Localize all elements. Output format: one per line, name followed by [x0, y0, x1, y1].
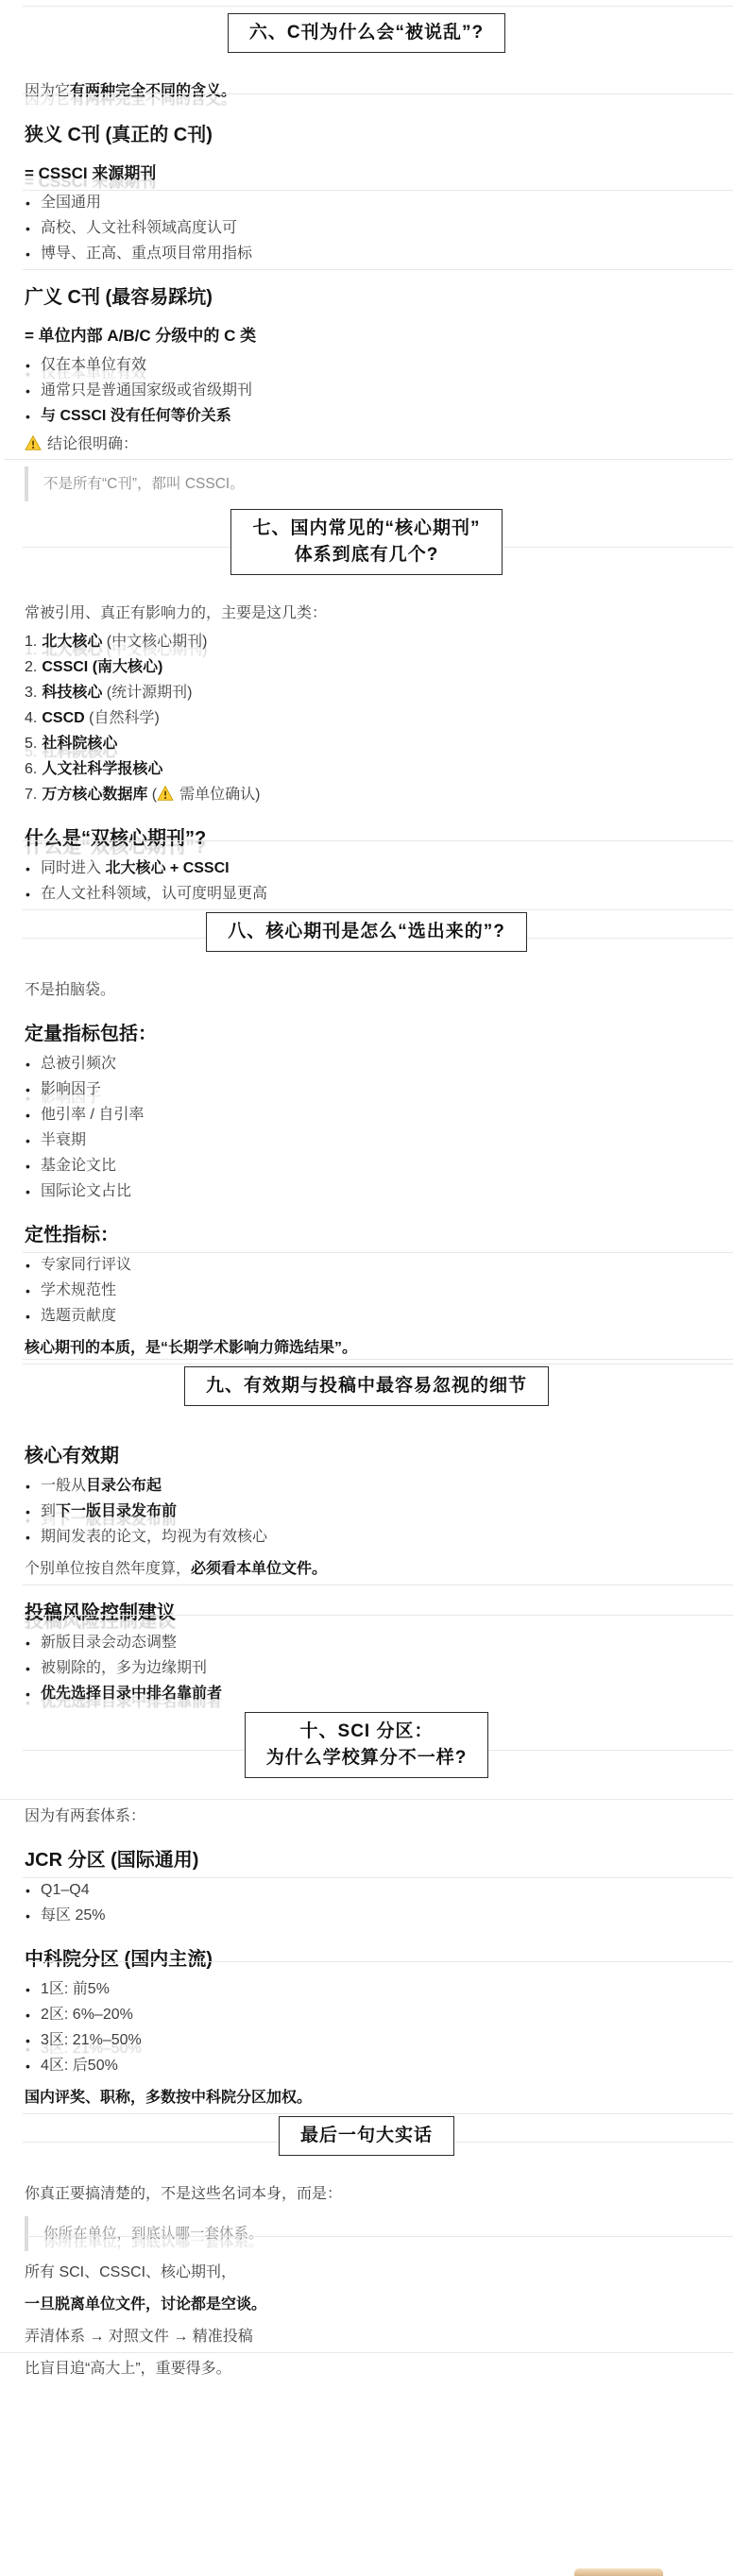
warning-icon [157, 786, 174, 801]
text-run: 比盲目追“高大上”，重要得多。 [25, 2361, 231, 2377]
list-item: 一般从目录公布起 [25, 1476, 708, 1497]
text-run: 2区: 6%–20% [41, 2007, 133, 2023]
text-run: (自然科学) [85, 710, 160, 726]
list-item: 7.万方核心数据库 (需单位确认) [25, 785, 708, 805]
text-run: 全国通用 [41, 195, 101, 211]
list-item: 2区: 6%–20% [25, 2005, 708, 2025]
text-run: 你真正要搞清楚的，不是这些名词本身，而是： [25, 2186, 342, 2202]
bullet-list: 同时进入 北大核心 + CSSCI在人文社科领域，认可度明显更高 [25, 858, 708, 905]
section-heading-box: 七、国内常见的“核心期刊”体系到底有几个? [230, 509, 502, 575]
section-subheading: 投稿风险控制建议 [25, 1601, 708, 1625]
list-item: 高校、人文社科领域高度认可 [25, 218, 708, 239]
text-run: 因为它 [25, 83, 70, 99]
paragraph: 比盲目追“高大上”，重要得多。 [25, 2359, 708, 2380]
list-item: 选题贡献度 [25, 1306, 708, 1327]
section-heading-text: 为什么学校算分不一样? [266, 1745, 468, 1771]
list-item: 新版目录会动态调整 [25, 1633, 708, 1653]
paragraph: 因为有两套体系： [25, 1806, 708, 1827]
text-run: (统计源期刊) [102, 685, 192, 701]
definition-line: = CSSCI 来源期刊 [25, 162, 708, 185]
text-run: 他引率 / 自引率 [41, 1107, 144, 1123]
section-heading-box: 九、有效期与投稿中最容易忽视的细节 [184, 1366, 549, 1406]
section-heading-text: 十、SCI 分区： [266, 1719, 468, 1745]
text-run: ( [147, 787, 157, 803]
text-run: 北大核心 [42, 634, 102, 650]
paragraph: 不是拍脑袋。 [25, 980, 708, 1001]
bullet-list: 总被引频次影响因子他引率 / 自引率半衰期基金论文比国际论文占比 [25, 1054, 708, 1202]
bullet-list: 一般从目录公布起到下一版目录发布前期间发表的论文，均视为有效核心 [25, 1476, 708, 1548]
text-run: 社科院核心 [42, 736, 117, 752]
list-item: 他引率 / 自引率 [25, 1105, 708, 1126]
section-heading-text: 最后一句大实话 [300, 2123, 433, 2149]
section-heading-box-wrap: 六、C刊为什么会“被说乱”?六、C刊为什么会“被说乱”? [25, 13, 708, 70]
section-subheading: 定性指标： [25, 1223, 708, 1247]
definition-line: = 单位内部 A/B/C 分级中的 C 类 [25, 325, 708, 347]
paragraph: 你真正要搞清楚的，不是这些名词本身，而是： [25, 2184, 708, 2205]
paragraph: 因为它有两种完全不同的含义。 [25, 81, 708, 102]
list-item: 同时进入 北大核心 + CSSCI [25, 858, 708, 879]
warning-icon [25, 435, 42, 450]
list-item: 博导、正高、重点项目常用指标 [25, 244, 708, 264]
list-item: 1.北大核心 (中文核心期刊) [25, 632, 708, 652]
list-item: 期间发表的论文，均视为有效核心 [25, 1527, 708, 1548]
list-item: 在人文社科领域，认可度明显更高 [25, 884, 708, 905]
list-item: 半衰期 [25, 1130, 708, 1151]
list-item: 2.CSSCI (南大核心) [25, 657, 708, 678]
section-heading-text: 八、核心期刊是怎么“选出来的”? [228, 919, 505, 945]
list-item: 6.人文社科学报核心 [25, 759, 708, 780]
heading-reflection: 十、SCI 分区：为什么学校算分不一样? [25, 1778, 708, 1795]
list-item: 3区: 21%–50% [25, 2030, 708, 2051]
section-heading-box: 六、C刊为什么会“被说乱”? [228, 13, 505, 53]
section-subheading: 什么是“双核心期刊”? [25, 826, 708, 851]
text-run: 在人文社科领域，认可度明显更高 [41, 886, 267, 902]
section-heading-box-wrap: 最后一句大实话最后一句大实话 [25, 2116, 708, 2173]
text-run: 下一版目录发布前 [56, 1503, 177, 1519]
text-run: 半衰期 [41, 1132, 86, 1148]
text-run: 科技核心 [42, 685, 102, 701]
bullet-list: 专家同行评议学术规范性选题贡献度 [25, 1255, 708, 1327]
section-heading-box: 十、SCI 分区：为什么学校算分不一样? [245, 1712, 489, 1778]
text-run: 同时进入 [41, 860, 105, 876]
text-run: 个别单位按自然年度算， [25, 1561, 191, 1577]
numbered-list: 1.北大核心 (中文核心期刊)2.CSSCI (南大核心)3.科技核心 (统计源… [25, 632, 708, 805]
section-heading-text: 体系到底有几个? [252, 542, 480, 568]
list-item: 被剔除的，多为边缘期刊 [25, 1658, 708, 1679]
text-run: 必须看本单位文件。 [191, 1561, 327, 1577]
text-run: 不是拍脑袋。 [25, 982, 115, 998]
text-run: 新版目录会动态调整 [41, 1635, 177, 1651]
section-heading-box-wrap: 七、国内常见的“核心期刊”体系到底有几个?七、国内常见的“核心期刊”体系到底有几… [25, 509, 708, 592]
text-run: 有两种完全不同的含义。 [70, 83, 236, 99]
list-item: Q1–Q4 [25, 1880, 708, 1901]
text-run: 一旦脱离单位文件，讨论都是空谈。 [25, 2296, 266, 2313]
text-run: 北大核心 + CSSCI [105, 860, 229, 876]
list-item: 国际论文占比 [25, 1181, 708, 1202]
section-heading-box-wrap: 九、有效期与投稿中最容易忽视的细节九、有效期与投稿中最容易忽视的细节 [25, 1366, 708, 1423]
list-item: 通常只是普通国家级或省级期刊 [25, 381, 708, 401]
text-run: CSCD [42, 710, 84, 726]
list-number: 4. [25, 710, 37, 726]
text-run: 通常只是普通国家级或省级期刊 [41, 382, 252, 398]
list-item: 每区 25% [25, 1906, 708, 1926]
bullet-list: Q1–Q4每区 25% [25, 1880, 708, 1926]
blockquote: 你所在单位，到底认哪一套体系。 [25, 2216, 708, 2251]
heading-reflection: 六、C刊为什么会“被说乱”? [25, 53, 708, 70]
text-run: CSSCI (南大核心) [42, 659, 162, 675]
list-item: 基金论文比 [25, 1156, 708, 1177]
text-run: 国内评奖、职称，多数按中科院分区加权。 [25, 2090, 312, 2106]
text-run: 弄清体系 → 对照文件 → 精准投稿 [25, 2329, 253, 2345]
floating-button-sliver[interactable] [574, 2568, 663, 2576]
list-item: 学术规范性 [25, 1280, 708, 1301]
list-number: 3. [25, 685, 37, 701]
text-run: 常被引用、真正有影响力的，主要是这几类： [25, 605, 327, 621]
heading-reflection: 七、国内常见的“核心期刊”体系到底有几个? [25, 575, 708, 592]
text-run: 博导、正高、重点项目常用指标 [41, 246, 252, 262]
text-run: 4区: 后50% [41, 2058, 118, 2074]
text-run: Q1–Q4 [41, 1882, 90, 1898]
text-run: 需单位确认) [179, 787, 260, 803]
bullet-list: 1区: 前5%2区: 6%–20%3区: 21%–50%4区: 后50% [25, 1979, 708, 2076]
section-heading-text: 九、有效期与投稿中最容易忽视的细节 [206, 1373, 527, 1399]
quote-text: 你所在单位，到底认哪一套体系。 [43, 2226, 264, 2242]
text-run: 3区: 21%–50% [41, 2032, 142, 2048]
list-number: 5. [25, 736, 37, 752]
text-run: 每区 25% [41, 1907, 105, 1924]
text-run: 国际论文占比 [41, 1183, 131, 1199]
quote-text: 不是所有“C刊”，都叫 CSSCI。 [43, 476, 245, 492]
list-item: 影响因子 [25, 1079, 708, 1100]
list-number: 7. [25, 787, 37, 803]
list-number: 2. [25, 659, 37, 675]
heading-reflection: 八、核心期刊是怎么“选出来的”? [25, 952, 708, 969]
section-subheading: 广义 C刊 (最容易踩坑) [25, 285, 708, 310]
text-run: 被剔除的，多为边缘期刊 [41, 1660, 207, 1676]
text-run: 期间发表的论文，均视为有效核心 [41, 1529, 267, 1545]
text-run: 仅在本单位有效 [41, 357, 146, 373]
list-item: 与 CSSCI 没有任何等价关系 [25, 406, 708, 427]
text-run: 优先选择目录中排名靠前者 [41, 1686, 222, 1702]
warning-note: 结论很明确： [25, 434, 708, 455]
paragraph: 国内评奖、职称，多数按中科院分区加权。 [25, 2088, 708, 2109]
paragraph: 所有 SCI、CSSCI、核心期刊， [25, 2262, 708, 2283]
heading-reflection: 九、有效期与投稿中最容易忽视的细节 [25, 1406, 708, 1423]
text-run: 所有 SCI、CSSCI、核心期刊， [25, 2264, 236, 2280]
bullet-list: 仅在本单位有效通常只是普通国家级或省级期刊与 CSSCI 没有任何等价关系 [25, 355, 708, 427]
text-run: 核心期刊的本质，是“长期学术影响力筛选结果”。 [25, 1340, 357, 1356]
text-run: 1区: 前5% [41, 1981, 110, 1997]
bullet-list: 新版目录会动态调整被剔除的，多为边缘期刊优先选择目录中排名靠前者 [25, 1633, 708, 1704]
text-run: 目录公布起 [86, 1478, 162, 1494]
list-item: 全国通用 [25, 193, 708, 213]
section-heading-text: 六、C刊为什么会“被说乱”? [249, 20, 484, 46]
section-heading-box: 八、核心期刊是怎么“选出来的”? [206, 912, 527, 952]
list-item: 专家同行评议 [25, 1255, 708, 1276]
list-item: 4.CSCD (自然科学) [25, 708, 708, 729]
text-run: 与 CSSCI 没有任何等价关系 [41, 408, 231, 424]
paragraph: 个别单位按自然年度算，必须看本单位文件。 [25, 1559, 708, 1580]
text-run: 到 [41, 1503, 56, 1519]
list-item: 仅在本单位有效 [25, 355, 708, 376]
section-heading-box-wrap: 十、SCI 分区：为什么学校算分不一样?十、SCI 分区：为什么学校算分不一样? [25, 1712, 708, 1795]
list-item: 到下一版目录发布前 [25, 1501, 708, 1522]
paragraph: 常被引用、真正有影响力的，主要是这几类： [25, 603, 708, 624]
warning-text: 结论很明确： [47, 436, 138, 452]
section-subheading: 中科院分区 (国内主流) [25, 1947, 708, 1972]
list-item: 总被引频次 [25, 1054, 708, 1075]
article-document: 六、C刊为什么会“被说乱”?六、C刊为什么会“被说乱”?因为它有两种完全不同的含… [0, 0, 733, 2576]
bullet-list: 全国通用高校、人文社科领域高度认可博导、正高、重点项目常用指标 [25, 193, 708, 264]
paragraph: 核心期刊的本质，是“长期学术影响力筛选结果”。 [25, 1338, 708, 1359]
text-run: 一般从 [41, 1478, 86, 1494]
list-item: 3.科技核心 (统计源期刊) [25, 683, 708, 703]
text-run: 基金论文比 [41, 1158, 116, 1174]
list-item: 4区: 后50% [25, 2056, 708, 2076]
text-run: 选题贡献度 [41, 1308, 116, 1324]
text-run: 高校、人文社科领域高度认可 [41, 220, 237, 236]
section-heading-text: 七、国内常见的“核心期刊” [252, 516, 480, 542]
section-subheading: 狭义 C刊 (真正的 C刊) [25, 123, 708, 147]
section-subheading: JCR 分区 (国际通用) [25, 1848, 708, 1873]
text-run: (中文核心期刊) [102, 634, 207, 650]
section-subheading: 核心有效期 [25, 1444, 708, 1468]
blockquote: 不是所有“C刊”，都叫 CSSCI。 [25, 466, 708, 501]
list-item: 5.社科院核心 [25, 734, 708, 754]
text-run: 因为有两套体系： [25, 1808, 145, 1824]
section-heading-box: 最后一句大实话 [279, 2116, 454, 2156]
list-number: 1. [25, 634, 37, 650]
section-heading-box-wrap: 八、核心期刊是怎么“选出来的”?八、核心期刊是怎么“选出来的”? [25, 912, 708, 969]
text-run: 人文社科学报核心 [42, 761, 162, 777]
list-item: 1区: 前5% [25, 1979, 708, 2000]
text-run: 万方核心数据库 [42, 787, 147, 803]
heading-reflection: 最后一句大实话 [25, 2156, 708, 2173]
text-run: 影响因子 [41, 1081, 101, 1097]
text-run: 学术规范性 [41, 1282, 116, 1298]
list-item: 优先选择目录中排名靠前者 [25, 1684, 708, 1704]
paragraph: 一旦脱离单位文件，讨论都是空谈。 [25, 2295, 708, 2315]
list-number: 6. [25, 761, 37, 777]
text-run: 总被引频次 [41, 1056, 116, 1072]
paragraph: 弄清体系 → 对照文件 → 精准投稿 [25, 2327, 708, 2347]
section-subheading: 定量指标包括： [25, 1022, 708, 1046]
text-run: 专家同行评议 [41, 1257, 131, 1273]
